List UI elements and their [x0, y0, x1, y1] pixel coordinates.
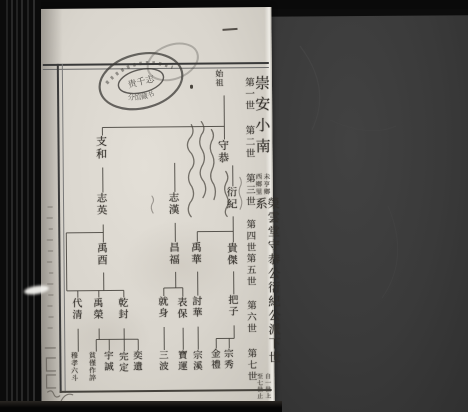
page-edge-streak: [6, 0, 8, 412]
page-edge-streak: [33, 0, 35, 412]
scanned-genealogy-page: 崇安小南 未亨鄉 西鄉里 榮雲堂守恭公衍紀公派下世系 自一世上 至七世止 始祖 …: [0, 0, 468, 412]
tree-name: 乾封: [116, 297, 126, 320]
tree-name: 穆孝六斗: [70, 352, 77, 382]
generation-label: 第四世: [242, 219, 256, 254]
page-edge-streak: [16, 0, 18, 412]
tree-name: 就身: [156, 296, 166, 319]
tree-name: 把子: [226, 294, 236, 317]
ink-dot: [190, 85, 193, 89]
tree-name: 志漢: [167, 192, 178, 216]
tree-name: 寶運: [175, 350, 185, 372]
generation-label: 第二世: [241, 125, 255, 160]
page-edge-streak: [21, 0, 23, 412]
tree-name: 完定: [116, 351, 126, 373]
descent-tree-names: 守恭支和志英志漢衍紀禹酉昌福禹華貴傑代清禹榮乾封就身表保討華把子穆孝六斗貧僅作誶…: [0, 0, 466, 1]
tree-name: 表保: [175, 297, 185, 320]
tree-name: 禹華: [189, 242, 200, 266]
page-edge-streak: [11, 0, 13, 412]
tree-name: 禹榮: [91, 298, 101, 321]
generation-label-column: 第一世第二世第三世第四世第五世第六世第七世: [0, 0, 466, 1]
ancestor-label: 始祖: [215, 69, 223, 91]
tree-name: 討華: [190, 296, 200, 319]
tree-name: 貴傑: [225, 242, 236, 266]
title-range-note-right: 自一世上: [264, 373, 270, 399]
page-edge-streak: [27, 0, 29, 412]
tree-name: 金禮: [208, 349, 218, 371]
tree-name: 三波: [156, 350, 166, 372]
generation-label: 第三世: [242, 173, 256, 208]
tree-name: 昌福: [167, 242, 178, 266]
tree-name: 宗秀: [221, 348, 231, 370]
tree-name: 宗溪: [190, 350, 200, 372]
tree-name: 代清: [70, 298, 80, 321]
tree-name: 貧僅作誶: [88, 352, 95, 382]
generation-label: 第一世: [241, 77, 255, 112]
tree-name: 衍紀: [225, 186, 236, 210]
generation-label: 第六世: [243, 300, 257, 335]
tree-name: 奕遺: [130, 350, 140, 372]
title-location-note-right: 未亨鄉: [262, 173, 269, 197]
tree-name: 宇誠: [101, 350, 111, 372]
title-hall-lineage: 榮雲堂守恭公衍紀公派下世系: [255, 197, 281, 373]
tree-name: 禹酉: [95, 242, 106, 266]
generation-label: 第五世: [242, 253, 256, 288]
tree-name: 志英: [95, 192, 106, 216]
page-bottom-shadow: [0, 401, 282, 412]
tree-name: 守恭: [216, 139, 227, 164]
tree-name: 支和: [94, 135, 105, 160]
book-spine-edge: [0, 0, 41, 412]
generation-label: 第七世: [243, 348, 257, 383]
